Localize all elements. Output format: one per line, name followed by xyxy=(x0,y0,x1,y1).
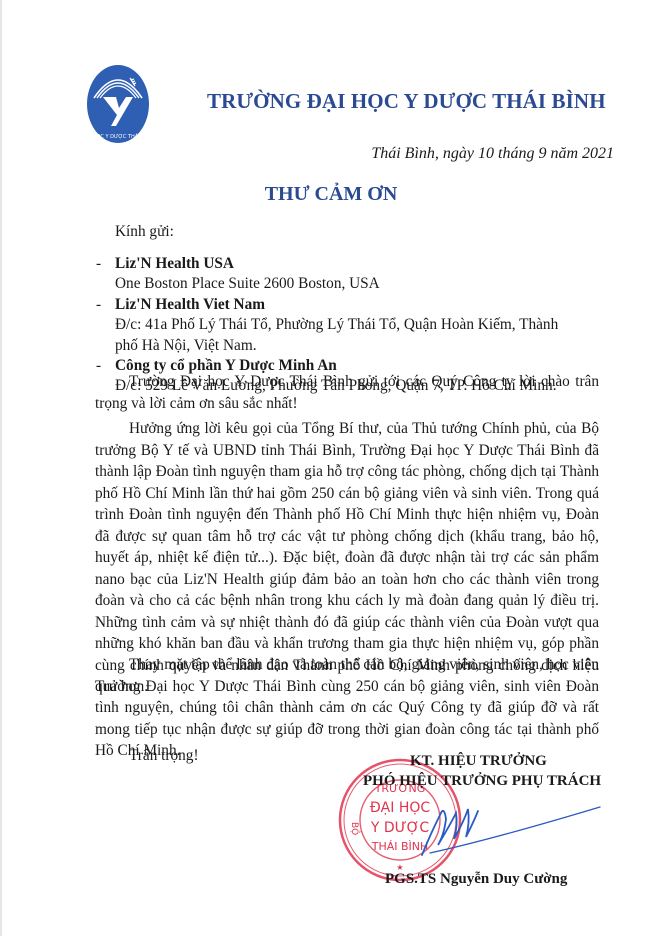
recipient-name: Liz'N Health Viet Nam xyxy=(115,295,616,315)
recipient-address: One Boston Place Suite 2600 Boston, USA xyxy=(115,274,616,294)
signer-name: PGS.TS Nguyễn Duy Cường xyxy=(385,871,567,888)
recipient-name: Liz'N Health USA xyxy=(115,254,616,274)
date-line: Thái Bình, ngày 10 tháng 9 năm 2021 xyxy=(371,145,614,163)
university-emblem-icon: ĐẠI HỌC Y DƯỢC THÁI BÌNH xyxy=(86,64,150,144)
closing: Trân trọng! xyxy=(129,747,199,765)
signature-title-line1: KT. HIỆU TRƯỞNG xyxy=(410,753,547,770)
document-title: THƯ CẢM ƠN xyxy=(0,183,662,206)
recipient-address: Đ/c: 41a Phố Lý Thái Tổ, Phường Lý Thái … xyxy=(115,315,575,356)
paragraph-greeting: Trường Đại học Y Dược Thái Bình gửi tới … xyxy=(95,371,599,414)
svg-text:BỘ: BỘ xyxy=(349,822,361,835)
school-name: TRƯỜNG ĐẠI HỌC Y DƯỢC THÁI BÌNH xyxy=(207,89,606,114)
svg-text:ĐẠI HỌC Y DƯỢC THÁI BÌNH: ĐẠI HỌC Y DƯỢC THÁI BÌNH xyxy=(86,133,150,140)
signature-title-line2: PHÓ HIỆU TRƯỞNG PHỤ TRÁCH xyxy=(363,773,601,790)
recipient-item: - Liz'N Health USA One Boston Place Suit… xyxy=(96,254,616,295)
letter-page: ĐẠI HỌC Y DƯỢC THÁI BÌNH TRƯỜNG ĐẠI HỌC … xyxy=(0,0,662,936)
bullet: - xyxy=(96,254,101,274)
paragraph-thanks: Thay mặt tập thể lãnh đạo và toàn thể cá… xyxy=(95,654,599,762)
greeting: Kính gửi: xyxy=(115,223,174,241)
bullet: - xyxy=(96,295,101,315)
handwritten-signature-icon xyxy=(410,795,610,865)
scan-edge xyxy=(0,0,2,936)
recipient-item: - Liz'N Health Viet Nam Đ/c: 41a Phố Lý … xyxy=(96,295,616,356)
